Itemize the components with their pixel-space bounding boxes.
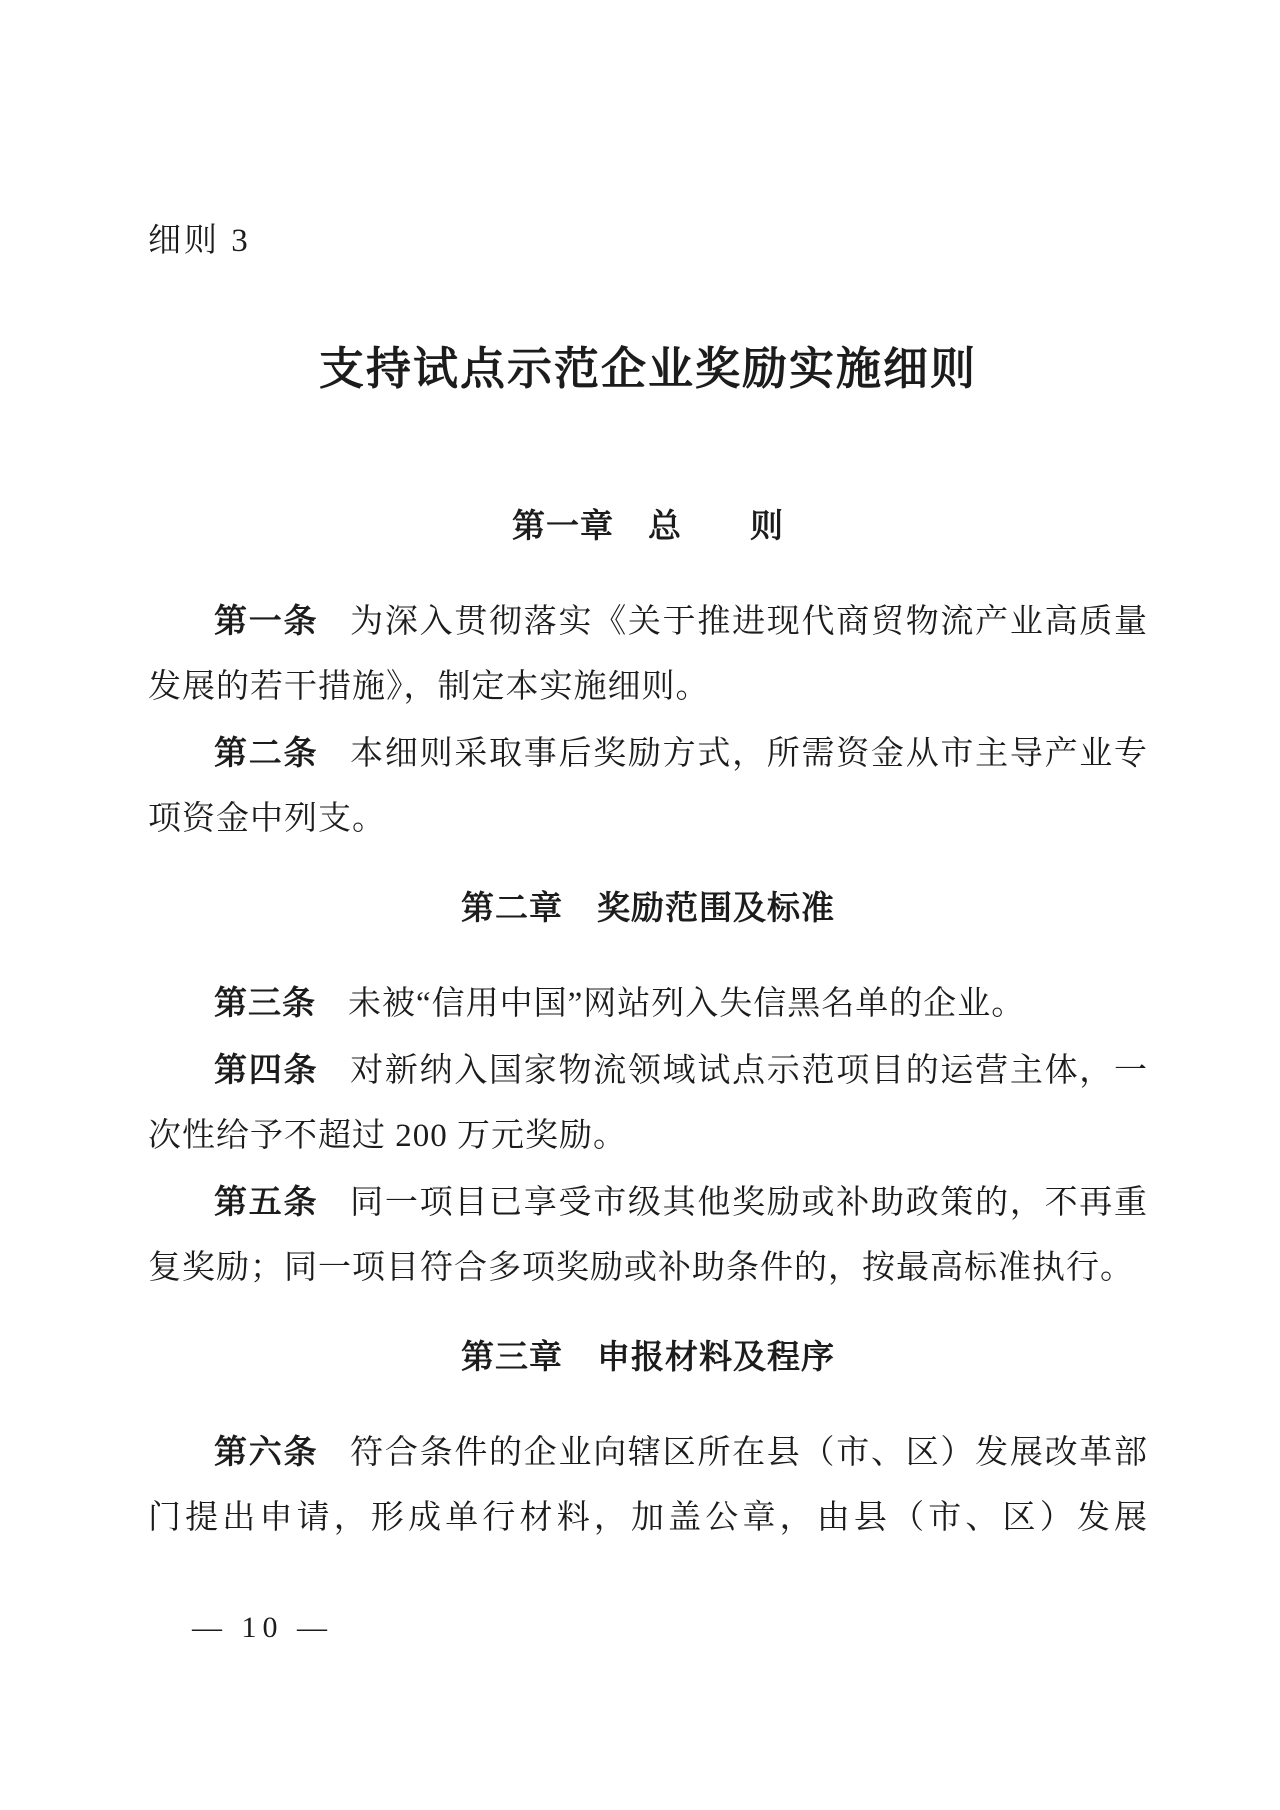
- page-number: — 10 —: [192, 1610, 333, 1646]
- doc-label: 细则 3: [148, 222, 1148, 260]
- document-content: 细则 3 支持试点示范企业奖励实施细则 第一章 总 则 第一条为深入贯彻落实《关…: [0, 0, 1280, 1551]
- article-6: 第六条符合条件的企业向辖区所在县（市、区）发展改革部门提出申请，形成单行材料，加…: [148, 1419, 1148, 1551]
- chapter-3-heading: 第三章 申报材料及程序: [148, 1337, 1148, 1377]
- article-5-number: 第五条: [214, 1183, 318, 1220]
- chapter-2-heading: 第二章 奖励范围及标准: [148, 888, 1148, 928]
- article-1: 第一条为深入贯彻落实《关于推进现代商贸物流产业高质量发展的若干措施》，制定本实施…: [148, 588, 1148, 720]
- chapter-1-heading: 第一章 总 则: [148, 506, 1148, 546]
- article-5: 第五条同一项目已享受市级其他奖励或补助政策的，不再重复奖励；同一项目符合多项奖励…: [148, 1169, 1148, 1301]
- article-2-number: 第二条: [214, 734, 318, 771]
- page-title: 支持试点示范企业奖励实施细则: [148, 344, 1148, 394]
- article-2: 第二条本细则采取事后奖励方式，所需资金从市主导产业专项资金中列支。: [148, 720, 1148, 852]
- article-3-text: 未被“信用中国”网站列入失信黑名单的企业。: [348, 986, 1025, 1022]
- document-page: 细则 3 支持试点示范企业奖励实施细则 第一章 总 则 第一条为深入贯彻落实《关…: [0, 0, 1280, 1810]
- article-4-number: 第四条: [214, 1051, 318, 1088]
- article-4: 第四条对新纳入国家物流领域试点示范项目的运营主体，一次性给予不超过 200 万元…: [148, 1037, 1148, 1169]
- article-6-number: 第六条: [214, 1433, 318, 1470]
- article-3: 第三条未被“信用中国”网站列入失信黑名单的企业。: [148, 970, 1148, 1037]
- article-1-number: 第一条: [214, 602, 318, 639]
- article-3-number: 第三条: [214, 984, 316, 1021]
